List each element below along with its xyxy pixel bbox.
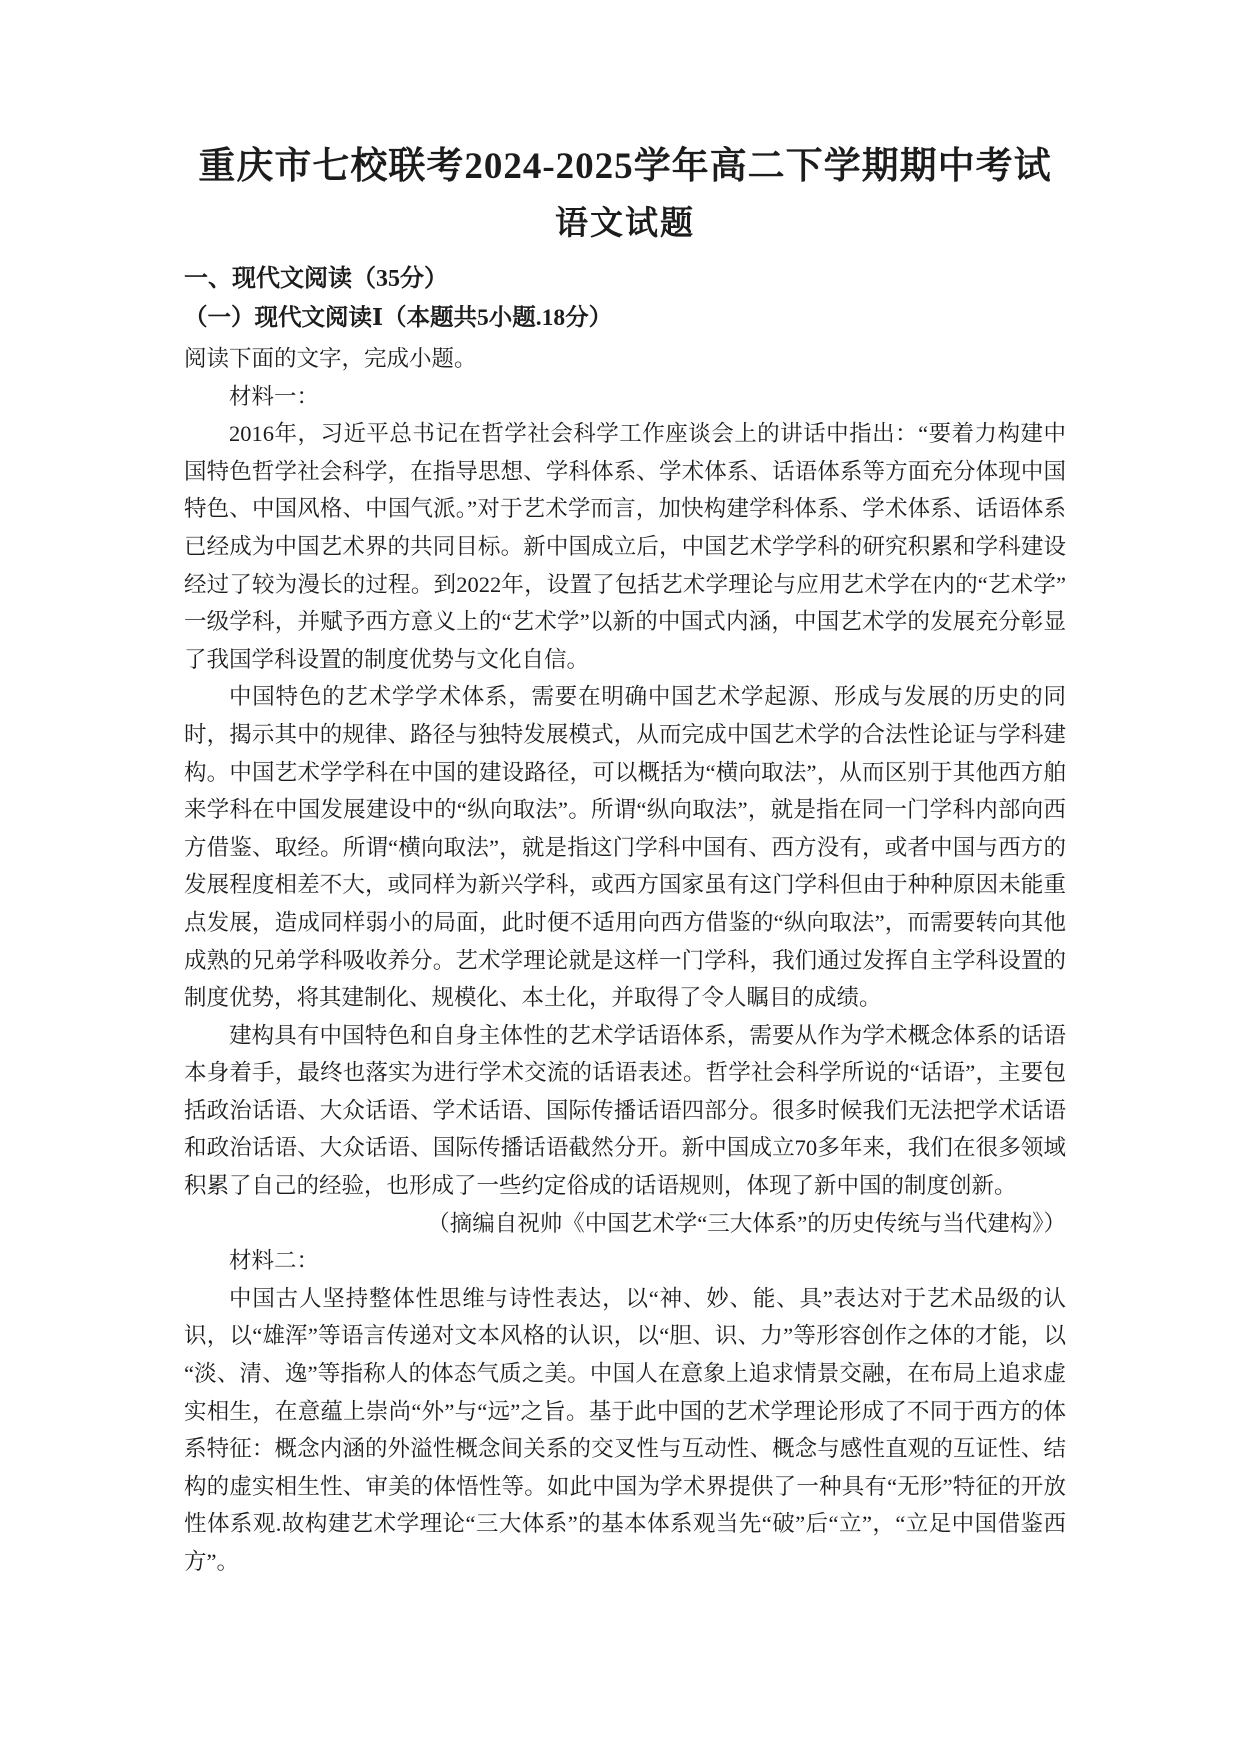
section-heading-modern-reading: 一、现代文阅读（35分）	[184, 262, 1066, 296]
reading-instruction: 阅读下面的文字，完成小题。	[184, 340, 1066, 378]
exam-subtitle: 语文试题	[184, 203, 1066, 245]
material-1-paragraph-3: 建构具有中国特色和自身主体性的艺术学话语体系，需要从作为学术概念体系的话语本身着…	[184, 1017, 1066, 1205]
material-2-label: 材料二：	[184, 1242, 1066, 1280]
material-1-label: 材料一：	[184, 378, 1066, 416]
exam-title: 重庆市七校联考2024-2025学年高二下学期期中考试	[184, 144, 1066, 190]
exam-document-page: 重庆市七校联考2024-2025学年高二下学期期中考试 语文试题 一、现代文阅读…	[0, 0, 1240, 1754]
material-1-paragraph-2: 中国特色的艺术学学术体系，需要在明确中国艺术学起源、形成与发展的历史的同时，揭示…	[184, 678, 1066, 1016]
material-2-paragraph-1: 中国古人坚持整体性思维与诗性表达，以“神、妙、能、具”表达对于艺术品级的认识，以…	[184, 1280, 1066, 1581]
material-1-paragraph-1: 2016年，习近平总书记在哲学社会科学工作座谈会上的讲话中指出：“要着力构建中国…	[184, 415, 1066, 678]
subsection-heading-reading-1: （一）现代文阅读Ⅰ（本题共5小题.18分）	[184, 302, 1066, 335]
material-1-source-attribution: （摘编自祝帅《中国艺术学“三大体系”的历史传统与当代建构》）	[184, 1205, 1066, 1243]
